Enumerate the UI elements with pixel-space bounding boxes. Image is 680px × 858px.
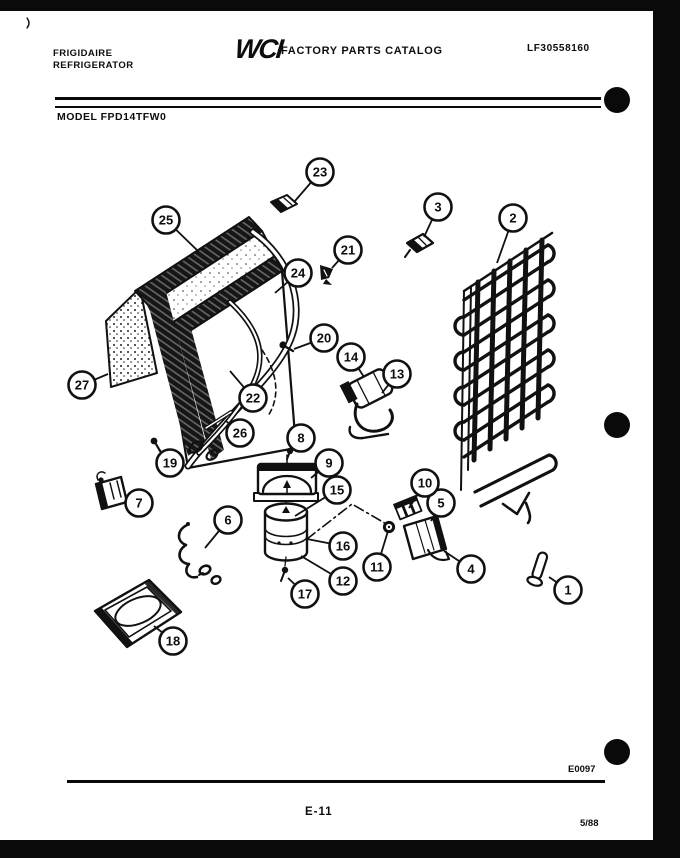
- callout-number-21: 21: [341, 243, 355, 258]
- callout-number-26: 26: [233, 426, 247, 441]
- evaporator-assembly-drawing: [106, 217, 296, 468]
- exploded-parts-diagram: 1234567891011121314151617181920212223242…: [0, 0, 680, 858]
- callout-number-1: 1: [564, 583, 571, 598]
- callout-number-11: 11: [370, 560, 384, 575]
- stray-mark: [27, 18, 29, 28]
- callout-number-25: 25: [159, 213, 173, 228]
- callout-number-13: 13: [390, 367, 404, 382]
- callout-number-27: 27: [75, 378, 89, 393]
- callout-number-19: 19: [163, 456, 177, 471]
- callout-number-9: 9: [325, 456, 332, 471]
- callout-number-14: 14: [344, 350, 359, 365]
- callout-number-4: 4: [467, 562, 475, 577]
- callout-number-24: 24: [291, 266, 306, 281]
- callout-number-3: 3: [434, 200, 441, 215]
- callout-number-20: 20: [317, 331, 331, 346]
- thermostat-drawing: [96, 472, 127, 509]
- condenser-coil-drawing: [455, 233, 556, 523]
- callout-number-2: 2: [509, 211, 516, 226]
- callout-number-16: 16: [336, 539, 350, 554]
- callout-number-5: 5: [437, 496, 444, 511]
- wiring-harness-drawing: [179, 522, 222, 585]
- callout-number-15: 15: [330, 483, 344, 498]
- compressor-cover-drawing: [254, 455, 318, 506]
- callout-number-7: 7: [135, 496, 142, 511]
- callout-number-17: 17: [298, 587, 312, 602]
- callout-leader-lines: [82, 172, 568, 641]
- callout-number-8: 8: [297, 431, 304, 446]
- callout-number-12: 12: [336, 574, 350, 589]
- callout-number-10: 10: [418, 476, 432, 491]
- callout-number-6: 6: [224, 513, 231, 528]
- pin-drawing: [526, 550, 551, 587]
- callout-number-22: 22: [246, 391, 260, 406]
- callout-number-23: 23: [313, 165, 327, 180]
- callout-number-18: 18: [166, 634, 180, 649]
